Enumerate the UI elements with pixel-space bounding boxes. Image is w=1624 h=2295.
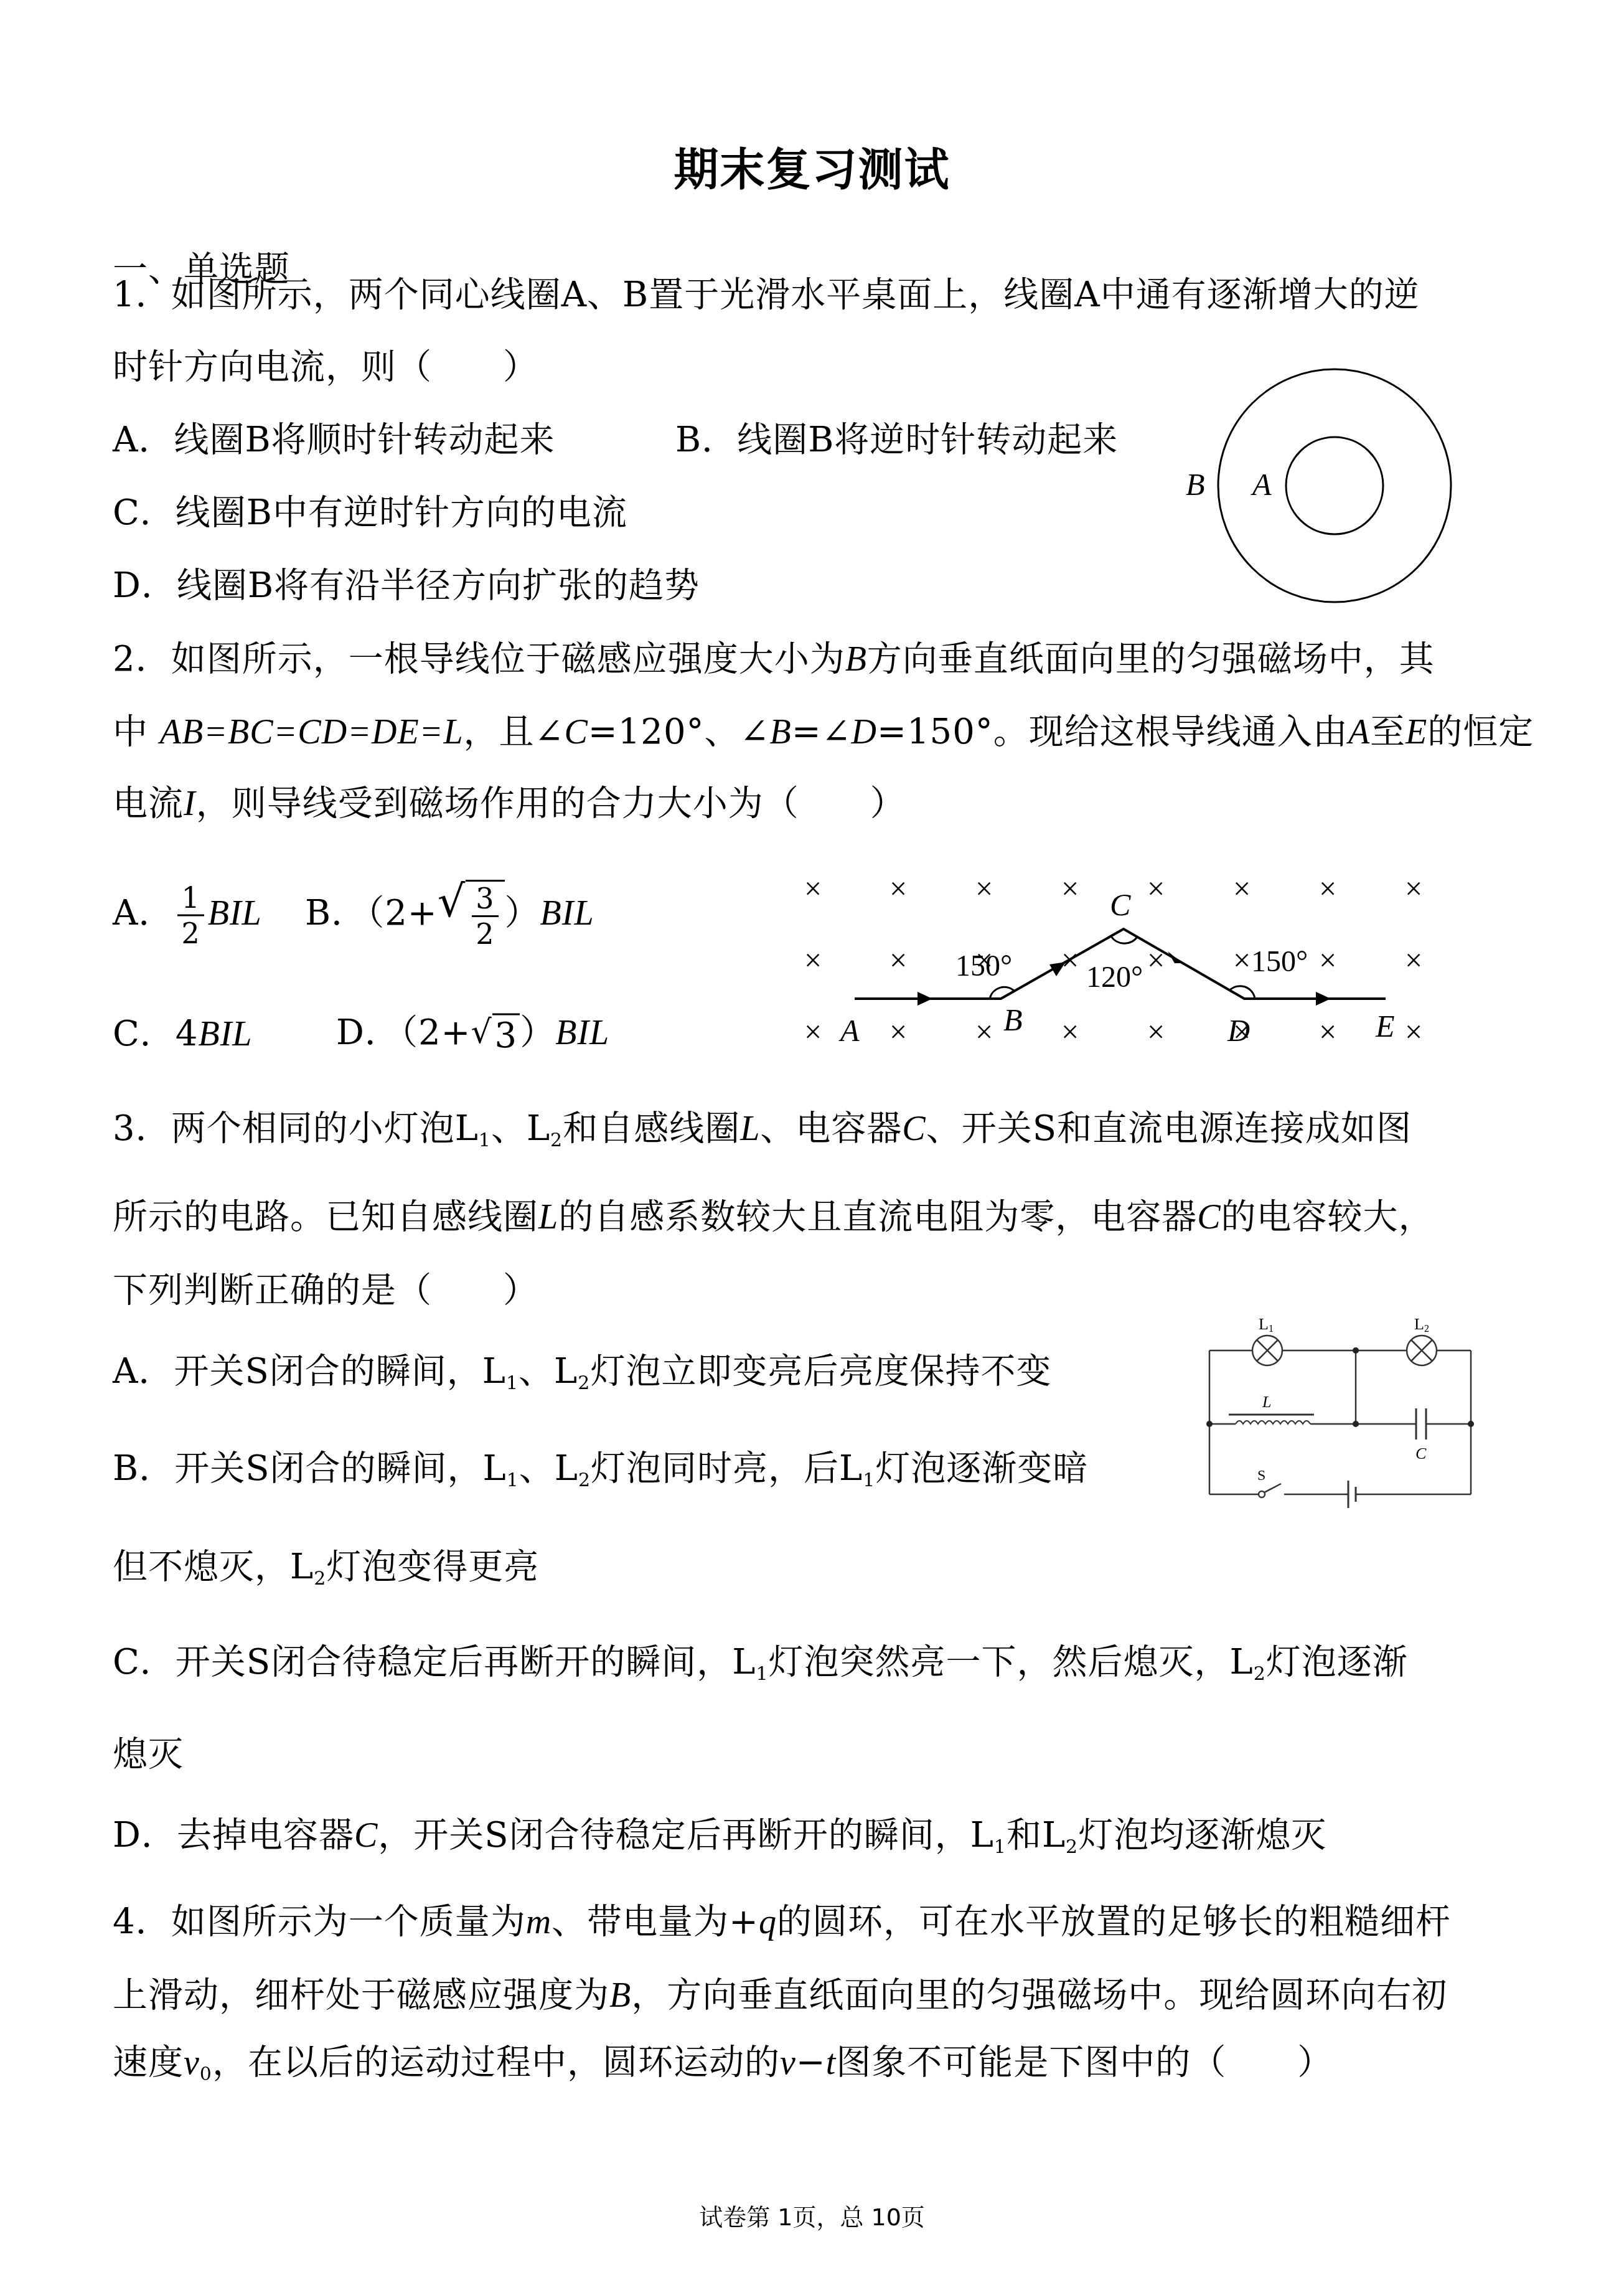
field-cross-icon: ×	[975, 871, 993, 906]
text: D．去掉电容器	[113, 1815, 354, 1855]
q2-option-a[interactable]: A．12BIL	[113, 881, 262, 950]
symbol: B	[770, 713, 792, 752]
arrow-icon	[918, 992, 932, 1006]
text: 的自感系数较大且直流电阻为零，电容器	[558, 1197, 1197, 1237]
text: ，则导线受到磁场作用的合力大小为（ ）	[196, 783, 906, 824]
subscript: 2	[314, 1568, 326, 1590]
coil-a-label: A	[1251, 467, 1272, 502]
text: 所示的电路。已知自感线圈	[113, 1197, 538, 1237]
text: ，且∠	[464, 712, 565, 752]
text: 电流	[113, 783, 184, 824]
symbol: A	[1348, 713, 1370, 752]
inductor-icon	[1229, 1415, 1314, 1424]
arrow-icon	[1316, 992, 1331, 1006]
text: −	[796, 2042, 826, 2083]
text: ，开关S闭合待稳定后再断开的瞬间，L	[378, 1815, 994, 1855]
field-cross-icon: ×	[1319, 943, 1336, 978]
text: B．开关S闭合的瞬间，L	[113, 1448, 507, 1489]
field-cross-icon: ×	[804, 1014, 822, 1049]
q3-option-c-continued[interactable]: 熄灭	[113, 1734, 184, 1775]
text: 4．如图所示为一个质量为	[113, 1902, 526, 1942]
text: 灯泡变得更亮	[326, 1547, 539, 1587]
text: 至	[1370, 712, 1406, 752]
q2-stem-line3: 电流I，则导线受到磁场作用的合力大小为（ ）	[113, 783, 906, 824]
text: 上滑动，细杆处于磁感应强度为	[113, 1975, 609, 2015]
text: 、开关S和直流电源连接成如图	[926, 1108, 1412, 1149]
q3-stem-line3: 下列判断正确的是（ ）	[113, 1270, 538, 1311]
field-cross-icon: ×	[804, 943, 822, 978]
angle-d-label: 150°	[1251, 945, 1308, 978]
q3-option-b[interactable]: B．开关S闭合的瞬间，L1、L2灯泡同时亮，后L1灯泡逐渐变暗	[113, 1448, 1088, 1501]
radical-sign-icon: √	[438, 880, 466, 951]
capacitor-icon	[1416, 1408, 1426, 1440]
option-label: B．（2+	[305, 893, 438, 933]
q1-concentric-coils-figure: B A	[1183, 355, 1481, 616]
text: 灯泡逐渐变暗	[875, 1448, 1088, 1489]
angle-c-arc	[1111, 936, 1137, 943]
q3-option-a[interactable]: A．开关S闭合的瞬间，L1、L2灯泡立即变亮后亮度保持不变	[113, 1351, 1051, 1404]
text: 灯泡突然亮一下，然后熄灭，L	[769, 1642, 1254, 1682]
symbol: D	[852, 713, 877, 752]
page-footer: 试卷第 1页，总 10页	[0, 2198, 1624, 2232]
bil: BIL	[198, 1015, 252, 1053]
q2-option-b[interactable]: B．（2+√32）BIL	[305, 880, 594, 951]
text: 灯泡立即变亮后亮度保持不变	[590, 1351, 1051, 1392]
capacitor-label: C	[1415, 1444, 1427, 1463]
text: 和L	[1007, 1815, 1066, 1855]
text: 2．如图所示，一根导线位于磁感应强度大小为	[113, 639, 845, 679]
subscript: 1	[507, 1469, 519, 1491]
fraction: 32	[472, 882, 498, 951]
fraction: 12	[177, 881, 204, 950]
denominator: 2	[476, 917, 494, 951]
lamp-l1-icon	[1252, 1336, 1282, 1365]
q3-circuit-figure: L1 L2 L C S	[1201, 1308, 1500, 1519]
symbol-t: t	[826, 2043, 837, 2082]
arrow-icon	[1168, 951, 1183, 963]
text: 灯泡逐渐	[1266, 1642, 1408, 1682]
subscript: 1	[506, 1372, 519, 1394]
label-e: E	[1375, 1009, 1395, 1044]
text: ，方向垂直纸面向里的匀强磁场中。现给圆环向右初	[631, 1975, 1447, 2015]
text: 的电容较大，	[1221, 1197, 1434, 1237]
field-cross-icon: ×	[889, 871, 907, 906]
text: ）	[520, 1012, 555, 1053]
label-c: C	[1110, 887, 1131, 922]
field-cross-icon: ×	[1405, 943, 1422, 978]
q3-option-c[interactable]: C．开关S闭合待稳定后再断开的瞬间，L1灯泡突然亮一下，然后熄灭，L2灯泡逐渐	[113, 1642, 1408, 1695]
sqrt: √3	[471, 1014, 520, 1057]
symbol-q: q	[759, 1903, 777, 1941]
text: 但不熄灭，L	[113, 1547, 314, 1587]
angle-c-label: 120°	[1086, 961, 1143, 994]
bil: BIL	[208, 894, 262, 933]
text: 3．两个相同的小灯泡L	[113, 1108, 479, 1149]
text: 的圆环，可在水平放置的足够长的粗糙细杆	[777, 1902, 1451, 1942]
lamp-l2-label: L2	[1414, 1315, 1429, 1334]
symbol: C	[902, 1110, 926, 1148]
subscript: 1	[863, 1469, 875, 1491]
segment-equation: AB=BC=CD=DE=L	[160, 713, 464, 752]
subscript: 1	[479, 1129, 491, 1151]
page-title: 期末复习测试	[0, 143, 1624, 196]
subscript: 2	[1254, 1663, 1266, 1685]
text: 灯泡同时亮，后L	[591, 1448, 863, 1489]
option-label: C．4	[113, 1014, 198, 1054]
coil-a-inner-circle	[1286, 437, 1383, 534]
text: 的恒定	[1427, 712, 1534, 752]
symbol-i: I	[184, 785, 196, 823]
inductor-label: L	[1262, 1393, 1271, 1411]
text: 、L	[519, 1351, 578, 1392]
field-cross-icon: ×	[1405, 1014, 1422, 1049]
subscript: 2	[1066, 1836, 1078, 1858]
angle-b-label: 150°	[955, 950, 1012, 983]
field-cross-icon: ×	[804, 871, 822, 906]
lamp-l1-label: L1	[1259, 1315, 1274, 1334]
q3-option-b-continued[interactable]: 但不熄灭，L2灯泡变得更亮	[113, 1547, 539, 1600]
field-cross-icon: ×	[1405, 871, 1422, 906]
q1-option-a[interactable]: A．线圈B将顺时针转动起来	[113, 420, 555, 461]
text: 和自感线圈	[563, 1108, 740, 1149]
radical-sign-icon: √	[471, 1014, 492, 1057]
q1-option-d[interactable]: D．线圈B将有沿半径方向扩张的趋势	[113, 565, 700, 606]
text: =150°。现给这根导线通入由	[877, 712, 1348, 752]
text: =∠	[792, 712, 852, 752]
text: 方向垂直纸面向里的匀强磁场中，其	[867, 639, 1435, 679]
option-label: D．（2+	[336, 1012, 471, 1053]
denominator: 2	[181, 917, 200, 950]
subscript: 2	[550, 1129, 563, 1151]
field-cross-icon: ×	[1233, 943, 1251, 978]
text: 速度	[113, 2042, 184, 2083]
numerator: 3	[472, 882, 498, 917]
symbol-b: B	[845, 640, 867, 679]
text: 、电容器	[760, 1108, 902, 1149]
symbol: E	[1406, 713, 1427, 752]
bil: BIL	[540, 894, 594, 933]
battery-icon	[1348, 1481, 1356, 1508]
q2-stem-line2: 中 AB=BC=CD=DE=L，且∠C=120°、∠B=∠D=150°。现给这根…	[113, 712, 1534, 753]
text: ）	[505, 893, 540, 933]
radicand: 3	[492, 1014, 520, 1057]
q3-option-d[interactable]: D．去掉电容器C，开关S闭合待稳定后再断开的瞬间，L1和L2灯泡均逐渐熄灭	[113, 1815, 1326, 1868]
field-cross-icon: ×	[1147, 871, 1165, 906]
label-d: D	[1227, 1013, 1250, 1048]
field-cross-icon: ×	[1147, 1014, 1165, 1049]
q1-option-c[interactable]: C．线圈B中有逆时针方向的电流	[113, 492, 627, 534]
symbol-m: m	[526, 1903, 552, 1941]
q2-wire-in-field-figure: × × × × × × × × × × × × × × × × × × × × …	[784, 859, 1475, 1058]
field-cross-icon: ×	[889, 943, 907, 978]
field-cross-icon: ×	[975, 1014, 993, 1049]
subscript: 1	[756, 1663, 768, 1685]
text: 中	[113, 712, 160, 752]
q4-stem-line2: 上滑动，细杆处于磁感应强度为B，方向垂直纸面向里的匀强磁场中。现给圆环向右初	[113, 1975, 1447, 2016]
switch-label: S	[1257, 1468, 1265, 1484]
numerator: 1	[177, 881, 204, 917]
q4-stem-line1: 4．如图所示为一个质量为m、带电量为+q的圆环，可在水平放置的足够长的粗糙细杆	[113, 1902, 1451, 1943]
q3-stem-line2: 所示的电路。已知自感线圈L的自感系数较大且直流电阻为零，电容器C的电容较大，	[113, 1197, 1434, 1238]
q1-stem-line1: 1．如图所示，两个同心线圈A、B置于光滑水平桌面上，线圈A中通有逐渐增大的逆	[113, 275, 1420, 316]
q4-stem-line3: 速度v0，在以后的运动过程中，圆环运动的v−t图象不可能是下图中的（ ）	[113, 2042, 1333, 2095]
label-a: A	[838, 1013, 860, 1048]
text: 、带电量为+	[552, 1902, 759, 1942]
coil-b-label: B	[1186, 467, 1205, 502]
text: ，在以后的运动过程中，圆环运动的	[212, 2042, 780, 2083]
q1-option-b[interactable]: B．线圈B将逆时针转动起来	[675, 420, 1118, 461]
field-cross-icon: ×	[889, 1014, 907, 1049]
option-label: A．	[113, 893, 174, 933]
symbol: C	[1197, 1198, 1221, 1237]
subscript: 0	[200, 2063, 212, 2085]
lamp-l2-icon	[1407, 1336, 1437, 1365]
label-b: B	[1003, 1002, 1023, 1037]
field-cross-icon: ×	[1061, 871, 1079, 906]
symbol: C	[354, 1816, 378, 1855]
text: 、L	[519, 1448, 578, 1489]
exam-page: 期末复习测试 一、单选题 1．如图所示，两个同心线圈A、B置于光滑水平桌面上，线…	[0, 0, 1624, 2295]
symbol: L	[538, 1198, 558, 1237]
q2-stem-line1: 2．如图所示，一根导线位于磁感应强度大小为B方向垂直纸面向里的匀强磁场中，其	[113, 639, 1435, 680]
text: C．开关S闭合待稳定后再断开的瞬间，L	[113, 1642, 756, 1682]
text: 、L	[491, 1108, 550, 1149]
bil: BIL	[555, 1014, 609, 1052]
text: 灯泡均逐渐熄灭	[1078, 1815, 1326, 1855]
symbol: L	[740, 1110, 760, 1148]
subscript: 1	[994, 1836, 1007, 1858]
switch-icon	[1259, 1484, 1281, 1497]
symbol-b: B	[609, 1976, 631, 2015]
q1-stem-line2: 时针方向电流，则（ ）	[113, 347, 538, 388]
sqrt-fraction: √32	[438, 880, 505, 951]
q2-option-d[interactable]: D．（2+√3）BIL	[336, 1012, 609, 1057]
symbol-v: v	[184, 2043, 200, 2082]
subscript: 2	[578, 1469, 591, 1491]
symbol-v: v	[780, 2043, 796, 2082]
text: A．开关S闭合的瞬间，L	[113, 1351, 506, 1392]
text: 图象不可能是下图中的（ ）	[836, 2042, 1333, 2083]
q3-stem-line1: 3．两个相同的小灯泡L1、L2和自感线圈L、电容器C、开关S和直流电源连接成如图	[113, 1108, 1412, 1161]
q2-option-c[interactable]: C．4BIL	[113, 1014, 252, 1055]
field-cross-icon: ×	[1061, 1014, 1079, 1049]
subscript: 2	[578, 1372, 590, 1394]
field-cross-icon: ×	[1233, 871, 1251, 906]
symbol: C	[564, 713, 588, 752]
field-cross-icon: ×	[1319, 1014, 1336, 1049]
text: =120°、∠	[588, 712, 770, 752]
field-cross-icon: ×	[1319, 871, 1336, 906]
